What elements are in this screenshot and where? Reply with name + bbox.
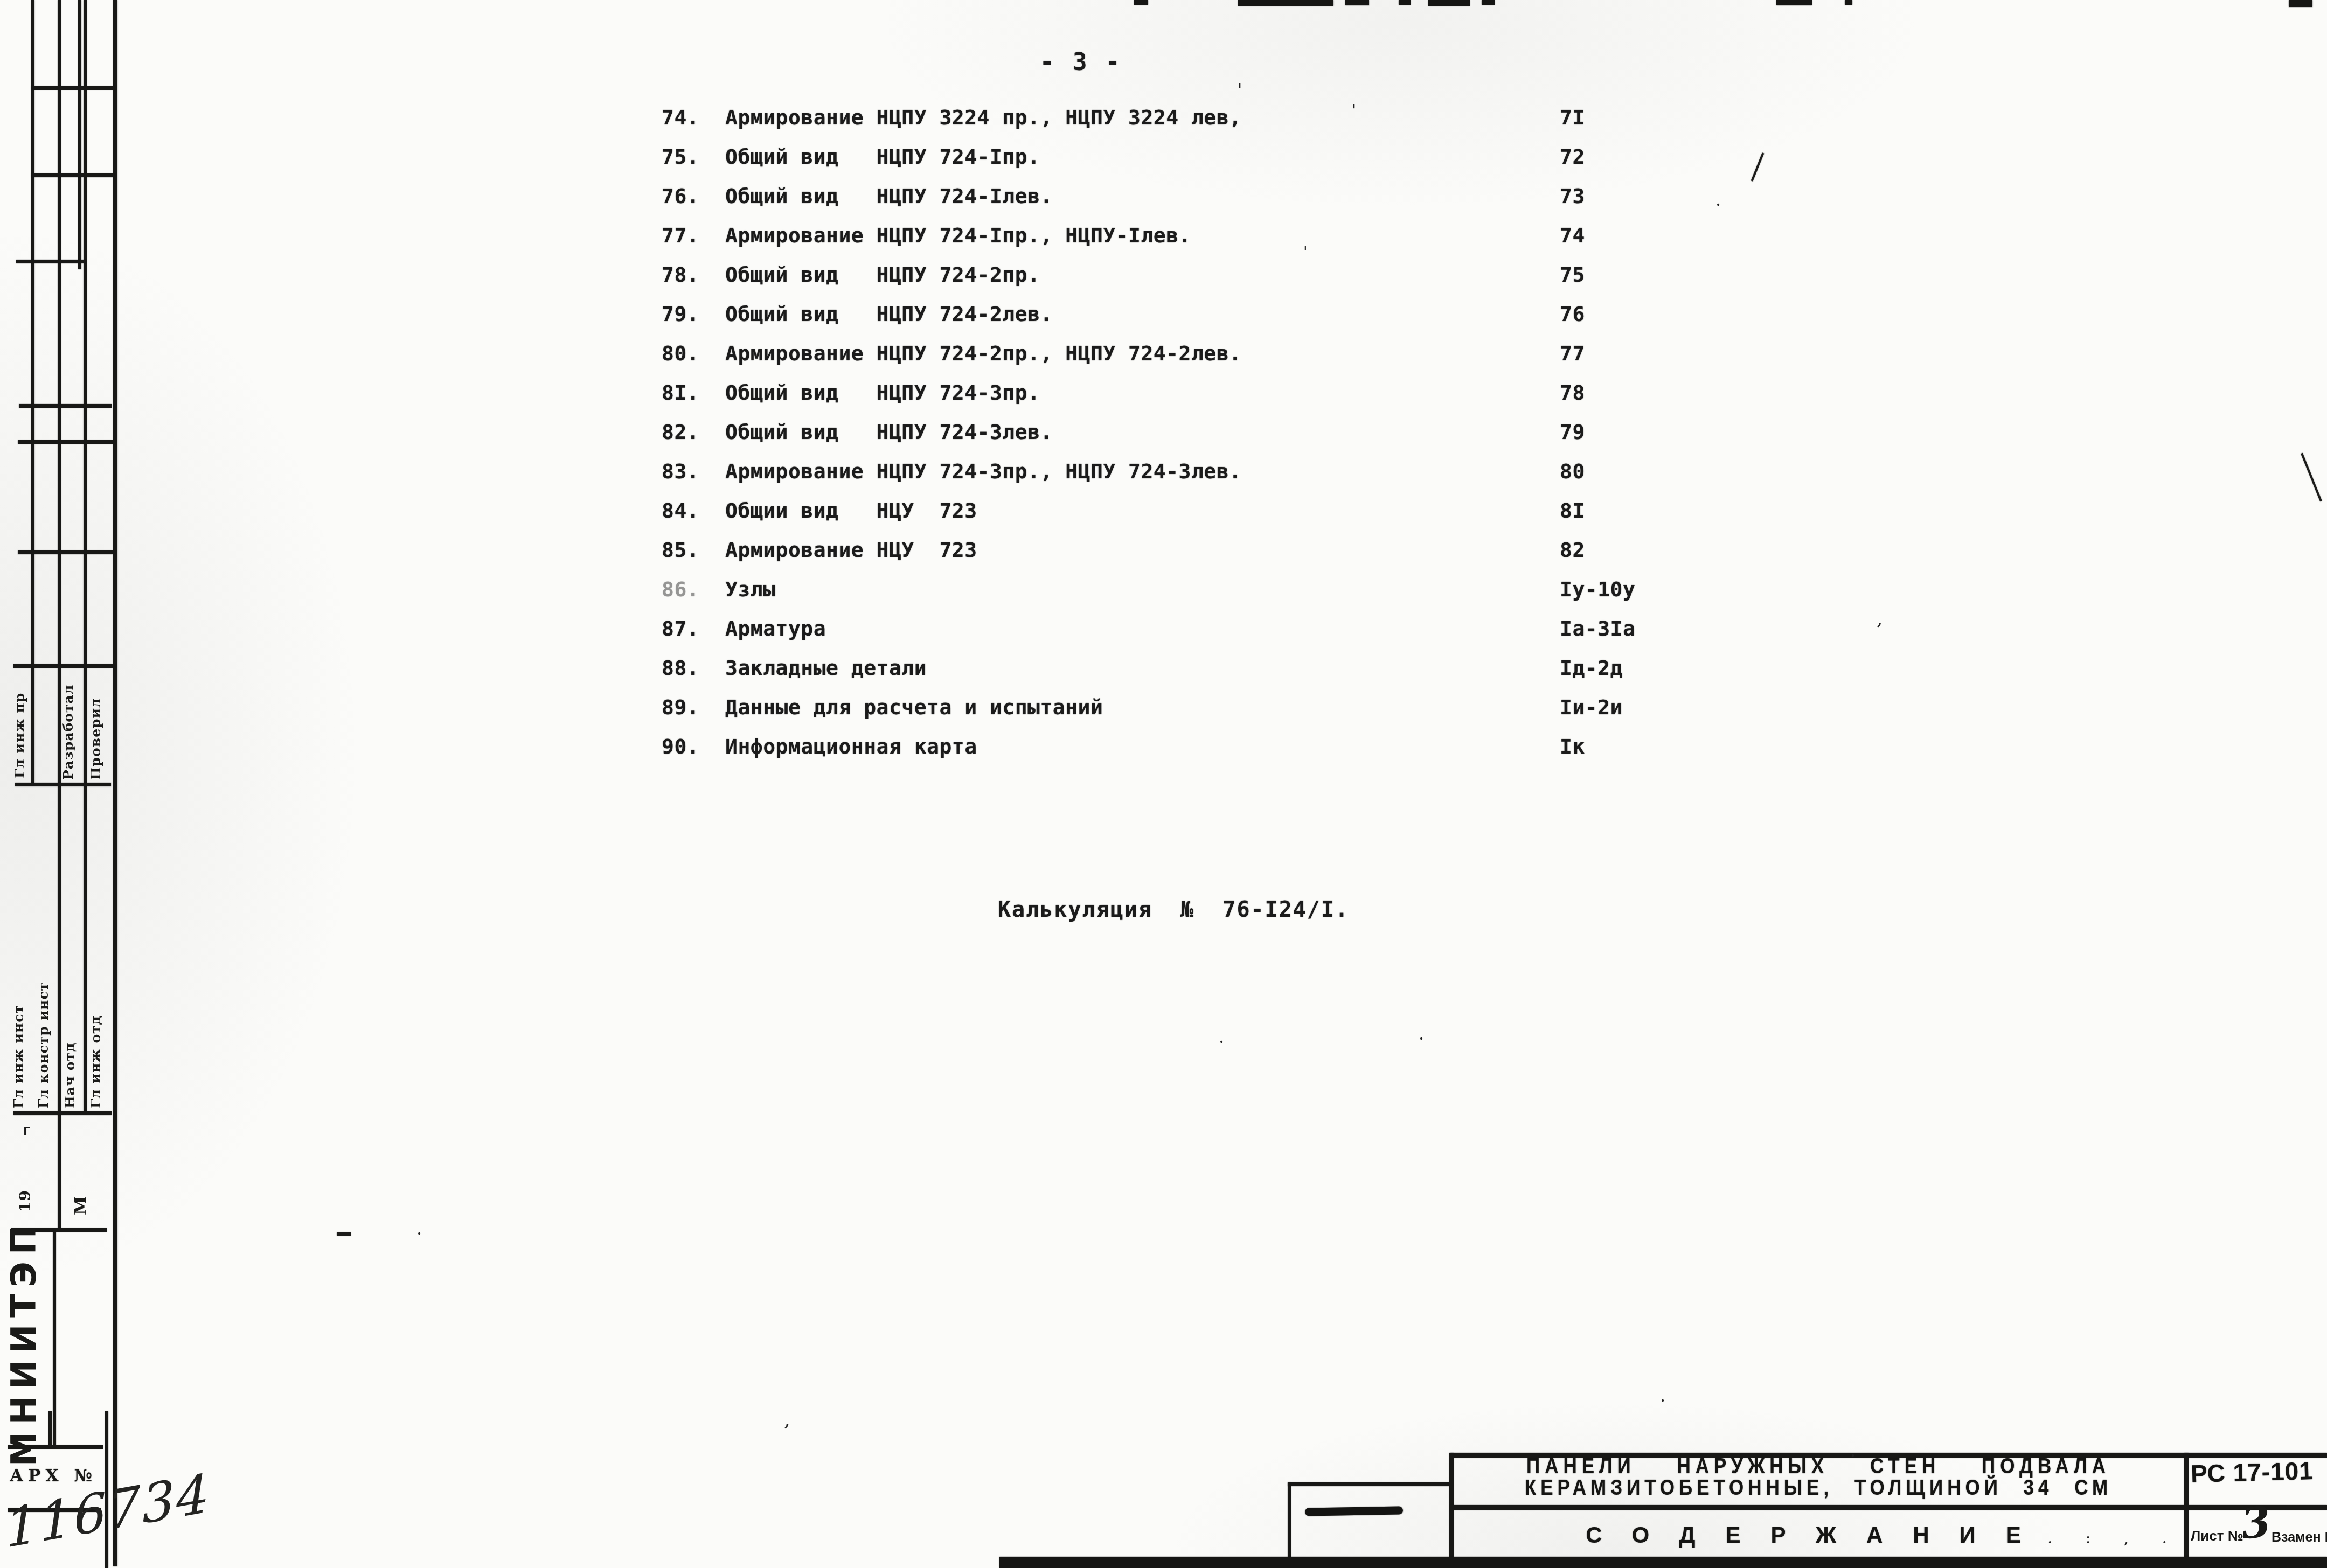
toc-item-title: Общий вид НЦПУ 724-2пр.	[725, 263, 1040, 287]
stamp-column-line	[48, 1411, 52, 1447]
ink-dots: . : , .	[2047, 1529, 2175, 1548]
titleblock-title-line2: КЕРАМЗИТОБЕТОННЫЕ, ТОЛЩИНОЙ 34 СМ	[1455, 1475, 2182, 1500]
toc-item-title: Арматура	[725, 617, 826, 640]
toc-item-page: 77	[1560, 342, 1585, 365]
toc-item-number: 83.	[662, 459, 699, 483]
scan-artifact	[1845, 0, 1852, 5]
toc-item-number: 76.	[662, 184, 699, 208]
stamp-row-line	[18, 440, 113, 444]
stamp-column-line	[53, 1230, 56, 1445]
toc-item-page: Iд-2д	[1560, 656, 1623, 680]
stamp-label-chief-eng-dept: Гл инж отд	[88, 1015, 103, 1109]
scanned-document-page: Гл инж пр Разработал Проверил Гл инж инс…	[0, 0, 2327, 1568]
stamp-row-line	[16, 260, 86, 263]
stamp-m-mark: М	[70, 1196, 91, 1215]
toc-item-number: 77.	[662, 224, 699, 247]
toc-row: 75. Общий вид НЦПУ 724-Iпр. 72	[662, 145, 693, 184]
pen-stroke-diagonal	[2301, 453, 2322, 502]
toc-item-title: Данные для расчета и испытаний	[725, 695, 1103, 719]
toc-item-number: 86.	[662, 577, 699, 601]
pen-stroke-diagonal	[1751, 152, 1765, 181]
toc-row: 88. Закладные детали Iд-2д	[662, 656, 693, 695]
toc-row: 78. Общий вид НЦПУ 724-2пр. 75	[662, 263, 693, 302]
toc-item-title: Армирование НЦУ 723	[725, 538, 977, 562]
ink-speck: '	[1303, 243, 1308, 261]
ink-speck: '	[1237, 80, 1242, 102]
toc-row: 86. Узлы Iу-10у	[662, 577, 693, 617]
toc-item-number: 90.	[662, 735, 699, 758]
toc-item-page: 79	[1560, 420, 1585, 444]
scan-artifact	[1776, 0, 1812, 5]
toc-row: 87. Арматура Iа-3Iа	[662, 617, 693, 656]
ink-speck: .	[1419, 1023, 1424, 1044]
toc-row: 89. Данные для расчета и испытаний Iи-2и	[662, 695, 693, 735]
toc-item-number: 79.	[662, 302, 699, 326]
page-number-header: - 3 -	[1040, 48, 1122, 76]
stamp-row-line	[18, 550, 113, 554]
toc-row: 76. Общий вид НЦПУ 724-Iлев. 73	[662, 184, 693, 224]
stamp-label-checked-by: Проверил	[88, 698, 103, 780]
toc-item-number: 88.	[662, 656, 699, 680]
stamp-row-line	[13, 664, 113, 668]
sheet-bottom-border	[999, 1557, 2327, 1568]
toc-item-title: Армирование НЦПУ 724-Iпр., НЦПУ-Iлев.	[725, 224, 1191, 247]
toc-item-number: 87.	[662, 617, 699, 640]
toc-item-title: Общий вид НЦПУ 724-2лев.	[725, 302, 1053, 326]
organization-logo-mniitep: МНИИТЭП	[4, 1218, 44, 1466]
toc-item-number: 78.	[662, 263, 699, 287]
replaces-label: Взамен №	[2272, 1530, 2327, 1545]
toc-item-number: 75.	[662, 145, 699, 169]
toc-item-title: Общий вид НЦПУ 724-3лев.	[725, 420, 1053, 444]
toc-item-number: 82.	[662, 420, 699, 444]
ink-speck: '	[1352, 101, 1356, 120]
archive-number-label: АРХ №	[10, 1466, 97, 1486]
toc-item-page: 73	[1560, 184, 1585, 208]
toc-item-page: 7I	[1560, 106, 1585, 129]
toc-row: 82. Общий вид НЦПУ 724-3лев. 79	[662, 420, 693, 459]
toc-item-number: 85.	[662, 538, 699, 562]
sheet-number-label: Лист №	[2191, 1528, 2243, 1544]
toc-item-page: Iа-3Iа	[1560, 617, 1635, 640]
toc-row: 83. Армирование НЦПУ 724-3пр., НЦПУ 724-…	[662, 459, 693, 499]
toc-item-title: Общий вид НЦПУ 724-Iлев.	[725, 184, 1053, 208]
toc-row: 80. Армирование НЦПУ 724-2пр., НЦПУ 724-…	[662, 342, 693, 381]
scan-artifact	[2289, 0, 2312, 7]
scan-artifact	[1345, 0, 1369, 5]
toc-item-page: 76	[1560, 302, 1585, 326]
ink-speck: ,	[784, 1407, 790, 1431]
toc-item-page: Iк	[1560, 735, 1585, 758]
toc-item-number: 80.	[662, 342, 699, 365]
stamp-column-line	[78, 0, 81, 269]
stamp-label-chief-eng-project: Гл инж пр	[12, 693, 27, 778]
toc-item-number: 89.	[662, 695, 699, 719]
scan-artifact	[1134, 0, 1148, 5]
stamp-row-line	[13, 1111, 112, 1115]
ink-speck: .	[1219, 1027, 1224, 1047]
toc-item-title: Закладные детали	[725, 656, 927, 680]
document-code: РС 17-101	[2190, 1456, 2314, 1488]
stamp-g-mark: г	[23, 1121, 32, 1139]
toc-row: 85. Армирование НЦУ 723 82	[662, 538, 693, 577]
toc-item-number: 8I.	[662, 381, 699, 405]
toc-item-page: 82	[1560, 538, 1585, 562]
toc-row: 90. Информационная карта Iк	[662, 735, 693, 774]
stamp-row-line	[31, 86, 114, 90]
scan-artifact	[1428, 0, 1470, 6]
ink-speck: .	[1715, 190, 1721, 210]
toc-item-title: Общий вид НЦПУ 724-Iпр.	[725, 145, 1040, 169]
toc-item-number: 74.	[662, 106, 699, 129]
toc-item-page: 75	[1560, 263, 1585, 287]
stamp-label-chief-eng-institute: Гл инж инст	[11, 1005, 26, 1109]
toc-item-page: 74	[1560, 224, 1585, 247]
toc-row: 77. Армирование НЦПУ 724-Iпр., НЦПУ-Iлев…	[662, 224, 693, 263]
sheet-number-handwritten: 3	[2239, 1497, 2273, 1549]
toc-item-page: Iи-2и	[1560, 695, 1623, 719]
calculation-reference: Калькуляция № 76-I24/I.	[998, 897, 1349, 922]
stamp-label-chief-constructor: Гл констр инст	[36, 982, 51, 1109]
ink-speck: .	[1850, 1440, 1856, 1461]
toc-row: 79. Общий вид НЦПУ 724-2лев. 76	[662, 302, 693, 342]
titleblock-mid-border	[1450, 1505, 2327, 1510]
toc-item-page: 80	[1560, 459, 1585, 483]
titleblock-left-cell-top	[1288, 1482, 1453, 1486]
toc-row: 74. Армирование НЦПУ 3224 пр., НЦПУ 3224…	[662, 106, 693, 145]
stamp-border-line	[113, 0, 117, 1566]
toc-item-page: 72	[1560, 145, 1585, 169]
scan-artifact	[1482, 0, 1495, 5]
toc-row: 8I. Общий вид НЦПУ 724-3пр. 78	[662, 381, 693, 420]
toc-item-title: Информационная карта	[725, 735, 977, 758]
scan-artifact	[1238, 0, 1333, 6]
toc-item-title: Армирование НЦПУ 3224 пр., НЦПУ 3224 лев…	[725, 106, 1242, 129]
toc-item-title: Армирование НЦПУ 724-2пр., НЦПУ 724-2лев…	[725, 342, 1242, 365]
ink-speck: .	[1660, 1385, 1665, 1406]
stamp-row-line	[15, 783, 111, 786]
stamp-label-developed-by: Разработал	[60, 685, 76, 780]
ink-speck: .	[416, 1218, 422, 1239]
toc-item-page: 8I	[1560, 499, 1585, 522]
toc-item-title: Армирование НЦПУ 724-3пр., НЦПУ 724-3лев…	[725, 459, 1242, 483]
signature-dash	[1305, 1506, 1403, 1516]
toc-item-page: Iу-10у	[1560, 577, 1635, 601]
pen-stroke	[337, 1232, 351, 1236]
stamp-row-line	[19, 404, 112, 408]
toc-item-title: Общии вид НЦУ 723	[725, 499, 977, 522]
titleblock-left-border	[1288, 1482, 1291, 1560]
toc-row: 84. Общии вид НЦУ 723 8I	[662, 499, 693, 538]
stamp-label-dept-head: Нач отд	[62, 1042, 78, 1109]
scan-artifact	[1399, 0, 1411, 5]
stamp-column-line	[58, 0, 61, 1230]
stamp-column-line	[84, 0, 87, 1111]
toc-item-page: 78	[1560, 381, 1585, 405]
stamp-row-line	[31, 173, 114, 177]
ink-speck: ,	[1877, 608, 1883, 630]
toc-item-title: Узлы	[725, 577, 776, 601]
toc-item-number: 84.	[662, 499, 699, 522]
stamp-year-mark: 19	[16, 1190, 34, 1212]
toc-item-title: Общий вид НЦПУ 724-3пр.	[725, 381, 1040, 405]
